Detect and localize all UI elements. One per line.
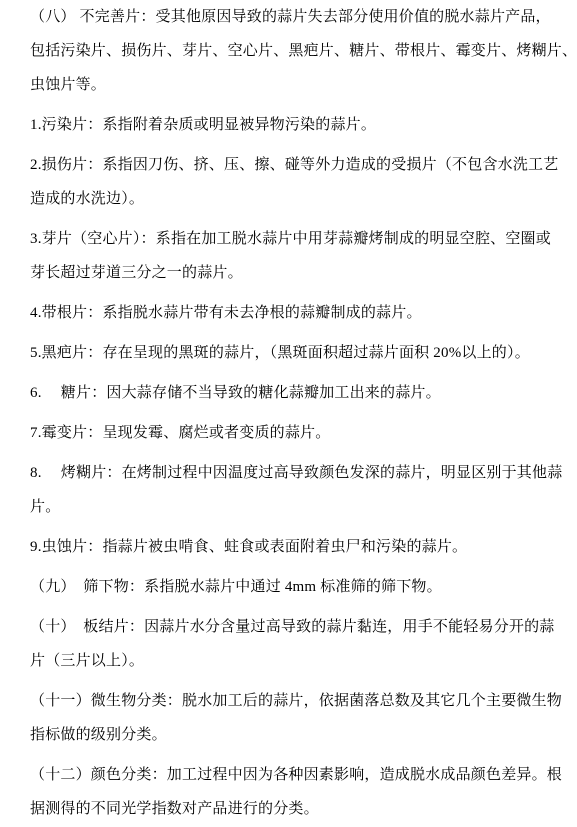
paragraph-line: 4.带根片：系指脱水蒜片带有未去净根的蒜瓣制成的蒜片。 <box>30 296 553 330</box>
paragraph-line: 包括污染片、损伤片、芽片、空心片、黑疤片、糖片、带根片、霉变片、烤糊片、 <box>30 34 553 68</box>
paragraph-line: （九） 筛下物：系指脱水蒜片中通过 4mm 标准筛的筛下物。 <box>30 570 553 604</box>
paragraph-line: 2.损伤片：系指因刀伤、挤、压、擦、碰等外力造成的受损片（不包含水洗工艺 <box>30 148 553 182</box>
document-page: （八） 不完善片：受其他原因导致的蒜片失去部分使用价值的脱水蒜片产品，包括污染片… <box>0 0 577 827</box>
paragraph-line: 9.虫蚀片：指蒜片被虫啃食、蛀食或表面附着虫尸和污染的蒜片。 <box>30 530 553 564</box>
paragraph: 8. 烤糊片：在烤制过程中因温度过高导致颜色发深的蒜片，明显区别于其他蒜片。 <box>30 456 553 524</box>
paragraph-line: 虫蚀片等。 <box>30 68 553 102</box>
paragraph: 4.带根片：系指脱水蒜片带有未去净根的蒜瓣制成的蒜片。 <box>30 296 553 330</box>
paragraph: （十一）微生物分类：脱水加工后的蒜片，依据菌落总数及其它几个主要微生物指标做的级… <box>30 684 553 752</box>
paragraph: 9.虫蚀片：指蒜片被虫啃食、蛀食或表面附着虫尸和污染的蒜片。 <box>30 530 553 564</box>
paragraph: （十二）颜色分类：加工过程中因为各种因素影响，造成脱水成品颜色差异。根据测得的不… <box>30 758 553 826</box>
paragraph-line: 6. 糖片：因大蒜存储不当导致的糖化蒜瓣加工出来的蒜片。 <box>30 376 553 410</box>
paragraph-line: 片（三片以上）。 <box>30 644 553 678</box>
paragraph-line: 指标做的级别分类。 <box>30 718 553 752</box>
paragraph-line: （十一）微生物分类：脱水加工后的蒜片，依据菌落总数及其它几个主要微生物 <box>30 684 553 718</box>
paragraph-line: 1.污染片：系指附着杂质或明显被异物污染的蒜片。 <box>30 108 553 142</box>
paragraph: 2.损伤片：系指因刀伤、挤、压、擦、碰等外力造成的受损片（不包含水洗工艺造成的水… <box>30 148 553 216</box>
paragraph: 7.霉变片：呈现发霉、腐烂或者变质的蒜片。 <box>30 416 553 450</box>
document-content: （八） 不完善片：受其他原因导致的蒜片失去部分使用价值的脱水蒜片产品，包括污染片… <box>30 0 553 826</box>
paragraph-line: 片。 <box>30 490 553 524</box>
paragraph-line: 芽长超过芽道三分之一的蒜片。 <box>30 256 553 290</box>
paragraph: （十） 板结片：因蒜片水分含量过高导致的蒜片黏连，用手不能轻易分开的蒜片（三片以… <box>30 610 553 678</box>
paragraph: （九） 筛下物：系指脱水蒜片中通过 4mm 标准筛的筛下物。 <box>30 570 553 604</box>
paragraph-line: 造成的水洗边）。 <box>30 182 553 216</box>
paragraph: 3.芽片（空心片）：系指在加工脱水蒜片中用芽蒜瓣烤制成的明显空腔、空圈或芽长超过… <box>30 222 553 290</box>
paragraph: 5.黑疤片：存在呈现的黑斑的蒜片，（黑斑面积超过蒜片面积 20%以上的）。 <box>30 336 553 370</box>
paragraph-line: （八） 不完善片：受其他原因导致的蒜片失去部分使用价值的脱水蒜片产品， <box>30 0 553 34</box>
paragraph: 1.污染片：系指附着杂质或明显被异物污染的蒜片。 <box>30 108 553 142</box>
paragraph-line: （十二）颜色分类：加工过程中因为各种因素影响，造成脱水成品颜色差异。根 <box>30 758 553 792</box>
paragraph: 6. 糖片：因大蒜存储不当导致的糖化蒜瓣加工出来的蒜片。 <box>30 376 553 410</box>
paragraph-line: 8. 烤糊片：在烤制过程中因温度过高导致颜色发深的蒜片，明显区别于其他蒜 <box>30 456 553 490</box>
paragraph-line: 3.芽片（空心片）：系指在加工脱水蒜片中用芽蒜瓣烤制成的明显空腔、空圈或 <box>30 222 553 256</box>
paragraph-line: 7.霉变片：呈现发霉、腐烂或者变质的蒜片。 <box>30 416 553 450</box>
paragraph-line: 5.黑疤片：存在呈现的黑斑的蒜片，（黑斑面积超过蒜片面积 20%以上的）。 <box>30 336 553 370</box>
paragraph-line: （十） 板结片：因蒜片水分含量过高导致的蒜片黏连，用手不能轻易分开的蒜 <box>30 610 553 644</box>
paragraph-line: 据测得的不同光学指数对产品进行的分类。 <box>30 792 553 826</box>
paragraph: （八） 不完善片：受其他原因导致的蒜片失去部分使用价值的脱水蒜片产品，包括污染片… <box>30 0 553 102</box>
